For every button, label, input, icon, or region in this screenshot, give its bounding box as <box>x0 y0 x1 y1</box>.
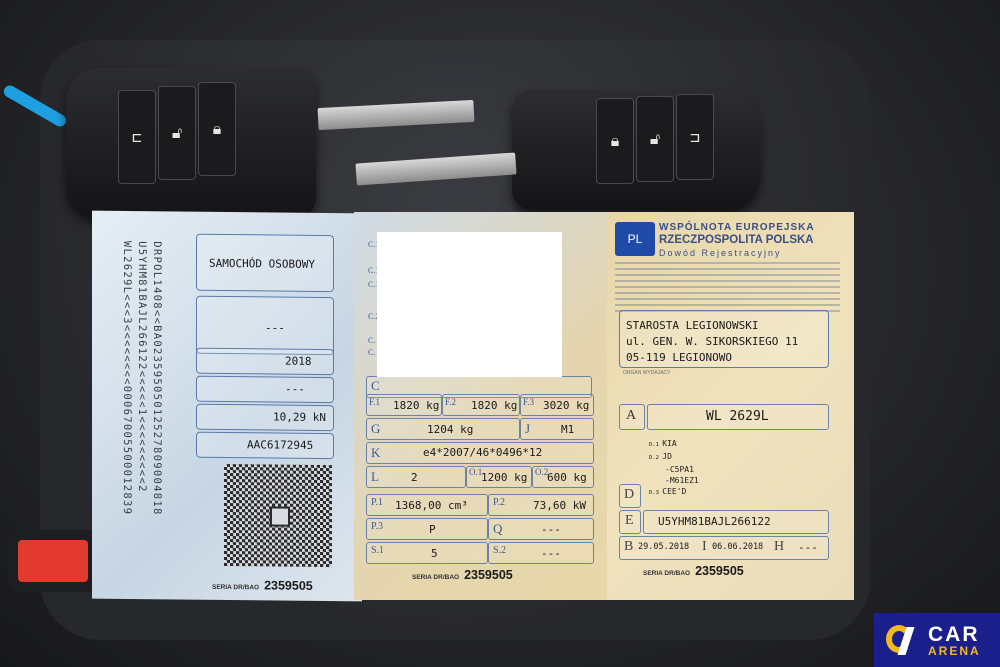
serial-value: 2359505 <box>264 578 313 593</box>
field-p2: P.273,60 kW <box>488 494 594 516</box>
field-l: L2 <box>366 466 466 488</box>
field-o1: O.11200 kg <box>466 466 532 488</box>
serial-label: SERIA DR/BAO <box>412 574 459 581</box>
mrz-code: DRPOL1408<<BA02359505012527809004818 U5Y… <box>102 241 164 562</box>
serial-value: 2359505 <box>695 564 744 578</box>
field-p1: P.11368,00 cm³ <box>366 494 488 516</box>
l-value: 2 <box>411 471 418 484</box>
unlock-icon: 🔓︎ <box>158 86 196 180</box>
axle-load-field: 10,29 kN <box>196 404 334 431</box>
k-value: e4*2007/46*0496*12 <box>423 446 542 459</box>
purpose-field: --- <box>196 296 334 355</box>
f2-value: 1820 kg <box>471 399 517 412</box>
serial-label: SERIA DR/BAO <box>643 570 690 577</box>
field-p3: P.3P <box>366 518 488 540</box>
field-f2: F.21820 kg <box>442 394 520 416</box>
p3-value: P <box>429 523 436 536</box>
lock-icon: 🔒︎ <box>198 82 236 176</box>
p1-value: 1368,00 cm³ <box>395 499 468 512</box>
field-j: JM1 <box>520 418 594 440</box>
serial-number: SERIA DR/BAO2359505 <box>643 564 744 578</box>
s2-value: --- <box>541 547 561 560</box>
q-value: --- <box>541 523 561 536</box>
watermark-line2: ARENA <box>928 645 981 657</box>
field-k: Ke4*2007/46*0496*12 <box>366 442 594 464</box>
car-arena-logo-icon <box>886 623 920 657</box>
o2-value: 600 kg <box>547 471 587 484</box>
field-s1: S.15 <box>366 542 488 564</box>
mrz-line: DRPOL1408<<BA02359505012527809004818 <box>149 241 164 561</box>
j-value: M1 <box>561 423 574 436</box>
field-g: G1204 kg <box>366 418 520 440</box>
d3-value: CEE'D <box>662 487 686 496</box>
production-year-value: 2018 <box>285 355 312 368</box>
car-arena-watermark: CAR ARENA <box>874 613 1000 667</box>
field-b-i-h: B 29.05.2018 I 06.06.2018 H --- <box>619 536 829 560</box>
lock-icon: 🔒︎ <box>596 98 634 184</box>
doc-right-panel: PL WSPÓLNOTA EUROPEJSKA RZECZPOSPOLITA P… <box>607 212 854 600</box>
field-o2: O.2600 kg <box>532 466 594 488</box>
d2-variant: -M61EZ1 <box>649 475 699 486</box>
multilingual-fine-print <box>615 262 840 312</box>
registration-plate-value: WL 2629L <box>706 409 769 424</box>
field-f3: F.33020 kg <box>520 394 594 416</box>
trunk-icon: ⊐ <box>676 94 714 180</box>
h-value: --- <box>798 541 818 554</box>
vin-value: U5YHM81BAJL266122 <box>658 515 771 528</box>
f3-value: 3020 kg <box>543 399 589 412</box>
field-a: WL 2629L <box>647 404 829 430</box>
eu-flag-icon: PL <box>615 222 655 256</box>
country-code: PL <box>628 232 643 246</box>
redaction-box <box>377 232 562 377</box>
first-registration-date: 29.05.2018 <box>638 542 689 552</box>
field-d-code: D <box>619 484 641 508</box>
p2-value: 73,60 kW <box>533 499 586 512</box>
field-s2: S.2--- <box>488 542 594 564</box>
mrz-line: WL2629L<<<3<<<<<<<<00067005500012839 <box>119 241 134 561</box>
d1-value: KIA <box>662 439 676 448</box>
header-line3: Dowód Rejestracyjny <box>659 248 782 258</box>
issuer-line: ul. GEN. W. SIKORSKIEGO 11 <box>626 335 798 348</box>
registration-date: 06.06.2018 <box>712 542 763 552</box>
issuer-label: ORGAN WYDAJĄCY <box>623 370 671 376</box>
s1-value: 5 <box>431 547 438 560</box>
mrz-line: U5YHM81BAJL266122<<<<<1<<<<<<<<<2 <box>134 241 149 561</box>
issuer-line: 05-119 LEGIONOWO <box>626 351 732 364</box>
watermark-line1: CAR <box>928 624 981 645</box>
serial-value: 2359505 <box>464 568 513 582</box>
serial-label: SERIA DR/BAO <box>212 584 259 591</box>
issuer-line: STAROSTA LEGIONOWSKI <box>626 319 758 332</box>
registration-certificate: DRPOL1408<<BA02359505012527809004818 U5Y… <box>92 212 854 600</box>
trunk-icon: ⊏ <box>118 90 156 184</box>
f1-value: 1820 kg <box>393 399 439 412</box>
header-line1: WSPÓLNOTA EUROPEJSKA <box>659 222 815 233</box>
o1-value: 1200 kg <box>481 471 527 484</box>
field-code: C. <box>368 348 375 357</box>
field-code: C. <box>368 336 375 345</box>
issuer-field: STAROSTA LEGIONOWSKI ul. GEN. W. SIKORSK… <box>619 310 829 368</box>
vehicle-type-field: SAMOCHÓD OSOBOWY <box>196 234 334 292</box>
doc-left-panel: DRPOL1408<<BA02359505012527809004818 U5Y… <box>92 211 362 602</box>
axle-load-value: 10,29 kN <box>273 410 326 424</box>
qr-code <box>224 464 332 567</box>
card-number-field: AAC6172945 <box>196 432 334 459</box>
seat-belt-buckle <box>18 540 88 582</box>
purpose-value: --- <box>265 321 285 334</box>
field-e: U5YHM81BAJL266122 <box>643 510 829 534</box>
permissible-load-value: --- <box>285 383 305 396</box>
permissible-load-field: --- <box>196 376 334 403</box>
field-q: Q--- <box>488 518 594 540</box>
field-f1: F.11820 kg <box>366 394 442 416</box>
d2-variant: -C5PA1 <box>649 464 699 475</box>
field-e-code: E <box>619 510 641 534</box>
vehicle-type-value: SAMOCHÓD OSOBOWY <box>209 257 315 271</box>
field-a-code: A <box>619 404 645 430</box>
g-value: 1204 kg <box>427 423 473 436</box>
serial-number: SERIA DR/BAO2359505 <box>412 568 513 582</box>
d2-value: JD <box>662 452 672 461</box>
production-year-field: 2018 <box>196 348 334 375</box>
make-model-block: D.1 KIA D.2 JD -C5PA1 -M61EZ1 D.3 CEE'D <box>649 438 699 499</box>
unlock-icon: 🔓︎ <box>636 96 674 182</box>
card-number-value: AAC6172945 <box>247 438 313 452</box>
serial-number: SERIA DR/BAO2359505 <box>212 578 313 593</box>
header-line2: RZECZPOSPOLITA POLSKA <box>659 234 814 246</box>
